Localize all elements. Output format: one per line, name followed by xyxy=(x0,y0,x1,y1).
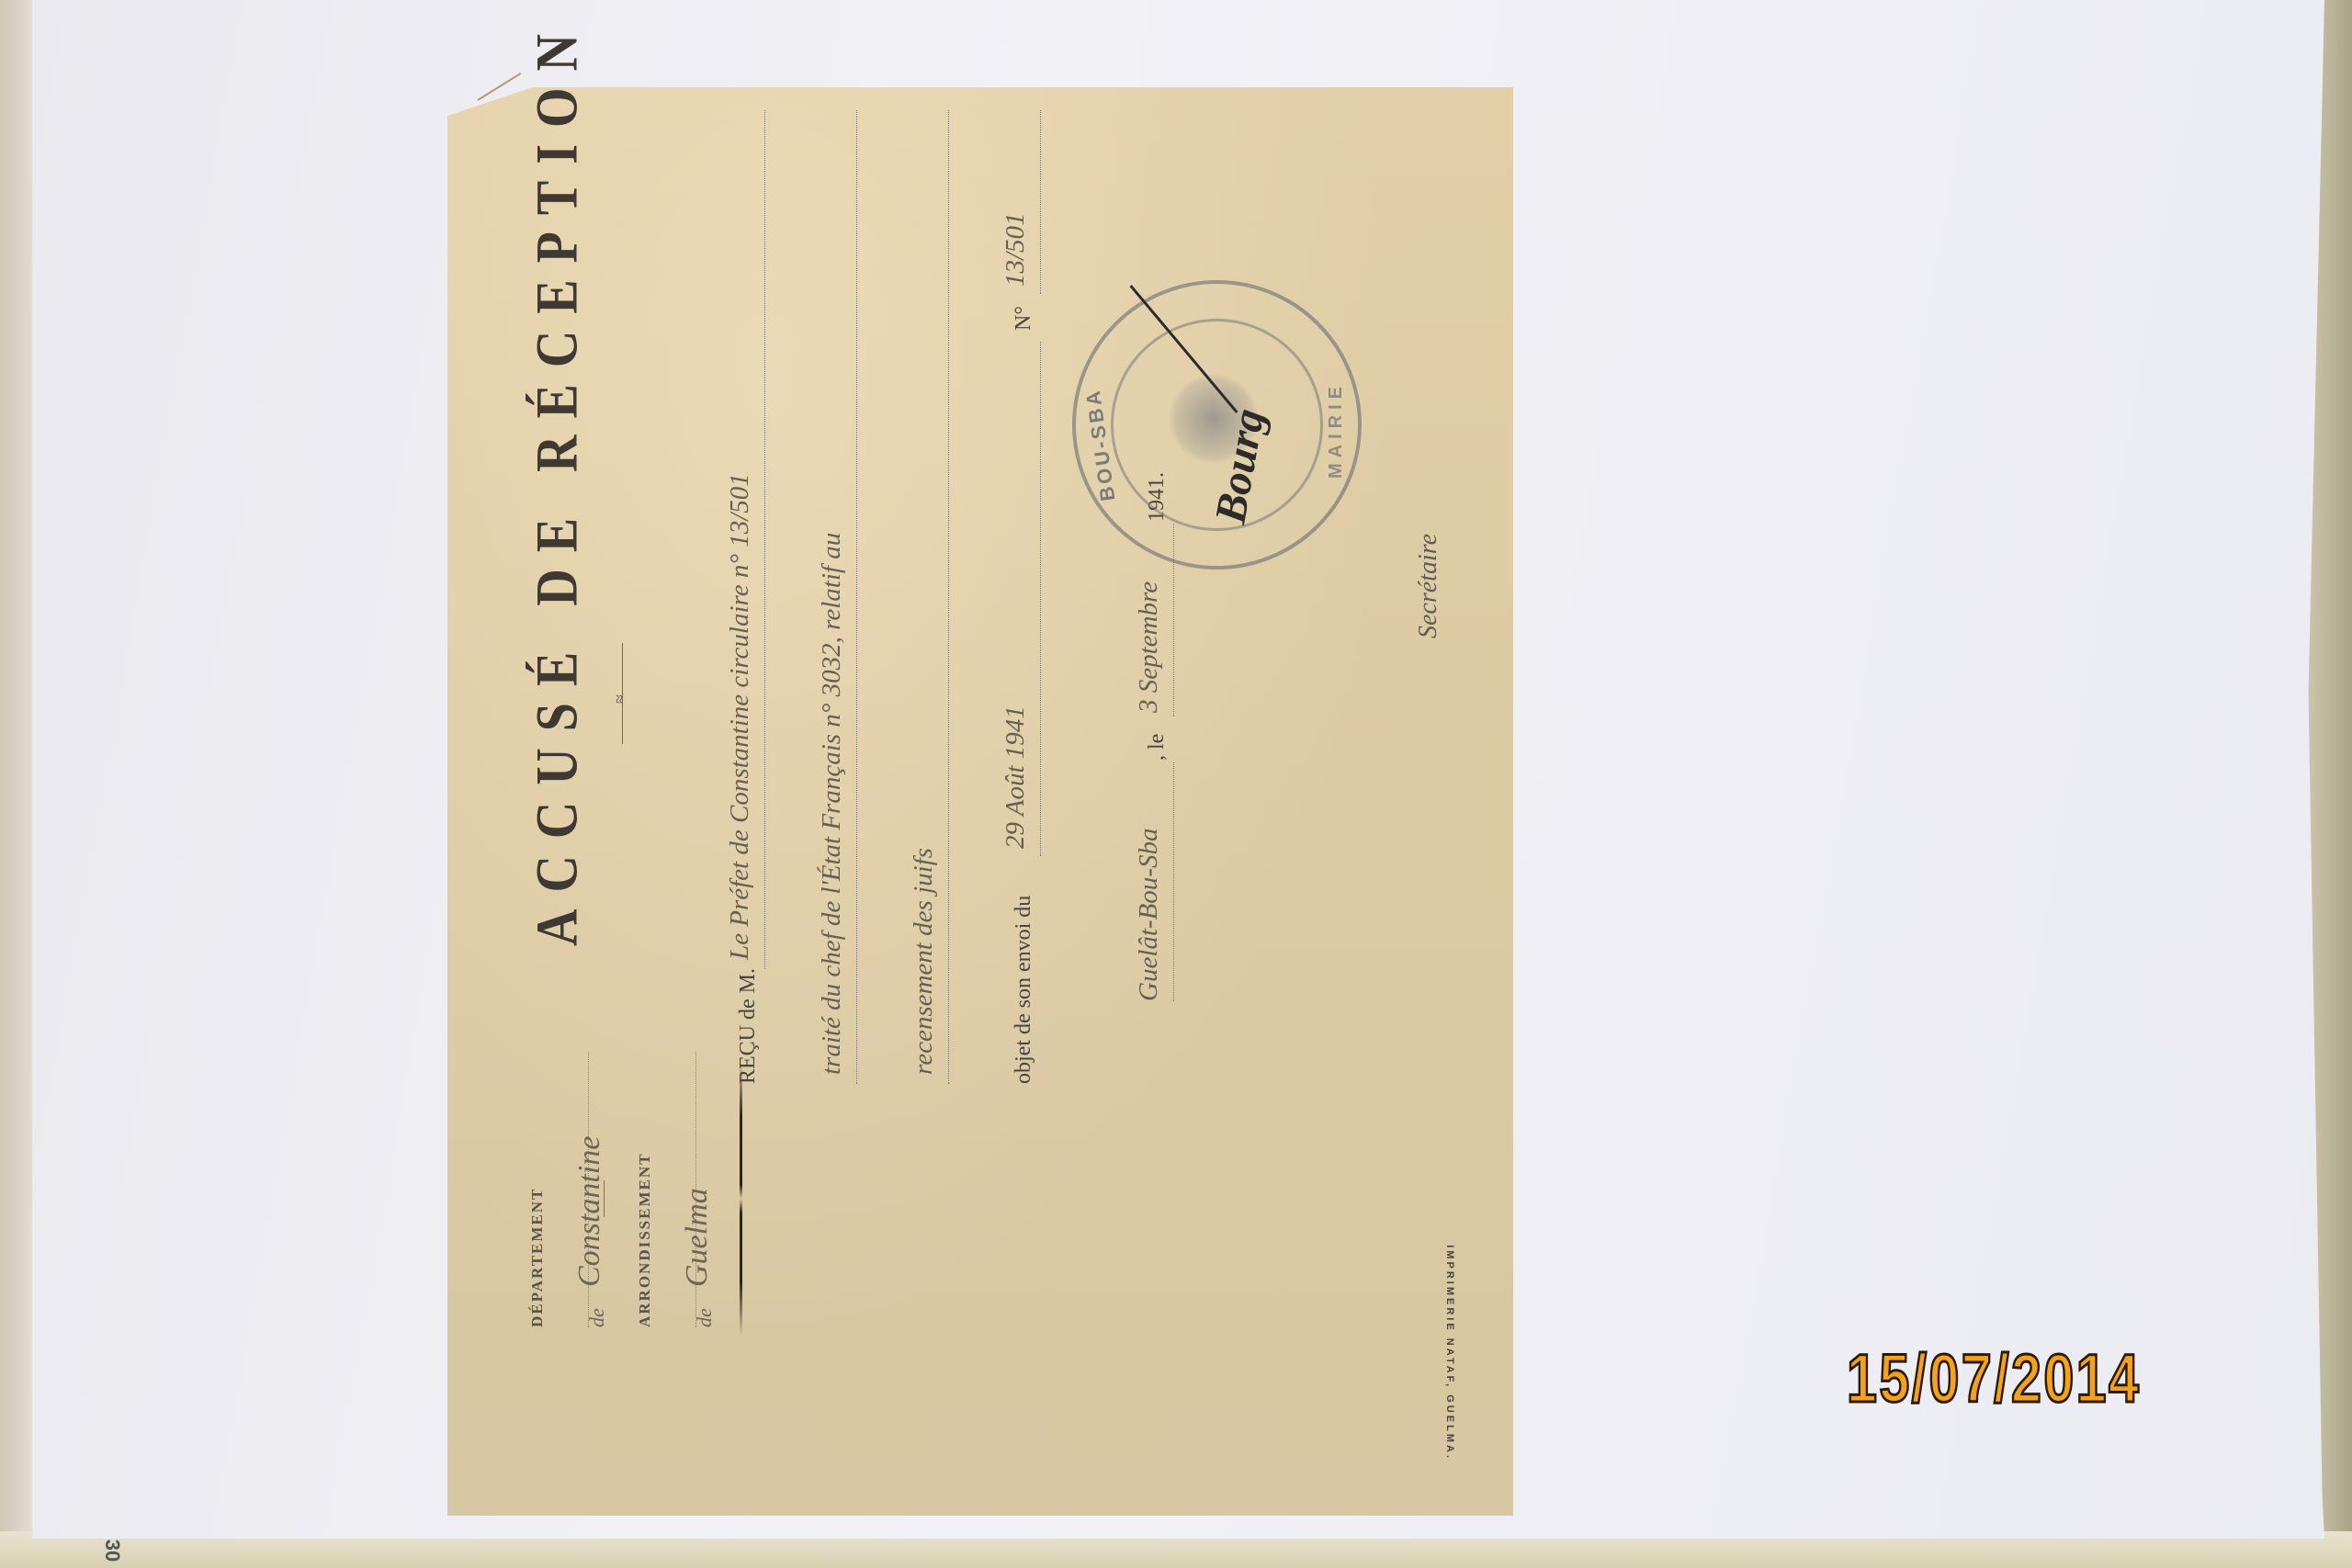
arrondissement-value: Guelma xyxy=(680,1188,715,1287)
signatory-role: Secrétaire xyxy=(1414,534,1443,638)
department-prefix: de xyxy=(585,1308,609,1327)
department-separator xyxy=(604,1180,605,1217)
received-from-row-2: traité du chef de l'État Français n° 303… xyxy=(815,110,870,1084)
received-from-row: REÇU de M. Le Préfet de Constantine circ… xyxy=(723,110,778,1084)
received-from-line1: Le Préfet de Constantine circulaire n° 1… xyxy=(723,110,765,969)
place-line: Guelât-Bou-Sba xyxy=(1132,762,1174,1001)
brace-divider xyxy=(735,1061,746,1337)
printer-imprint: IMPRIMERIE NATAF, GUELMA. xyxy=(1444,1245,1455,1461)
sending-date-line: 29 Août 1941 xyxy=(999,342,1041,856)
background-label: 30 xyxy=(100,1540,124,1562)
form-title: ACCUSÉ DE RÉCEPTION xyxy=(524,17,592,946)
background-table-left xyxy=(0,0,37,1568)
received-from-label: REÇU de M. xyxy=(736,968,761,1084)
title-ornament xyxy=(622,643,623,744)
arrondissement-block: ARRONDISSEMENT de Guelma xyxy=(636,1052,654,1327)
stamp-bottom-text: MAIRIE xyxy=(1326,381,1347,479)
received-from-line2: traité du chef de l'État Français n° 303… xyxy=(815,110,857,1084)
le-label: , le xyxy=(1145,734,1170,761)
mairie-stamp: BOU-SBA MAIRIE xyxy=(1072,280,1362,570)
received-from-row-3: recensement des juifs xyxy=(907,110,962,1084)
department-block: DÉPARTEMENT de Constantine xyxy=(528,1052,547,1327)
sending-number-label: N° xyxy=(1012,306,1036,331)
camera-date-stamp: 15/07/2014 xyxy=(1847,1339,2141,1417)
arrondissement-label: ARRONDISSEMENT xyxy=(636,1052,654,1327)
department-label: DÉPARTEMENT xyxy=(528,1052,547,1327)
arrondissement-fill-line: de Guelma xyxy=(660,1052,696,1327)
sending-label: objet de son envoi du xyxy=(1012,896,1036,1084)
department-fill-line: de Constantine xyxy=(552,1052,589,1327)
arrondissement-prefix: de xyxy=(693,1308,717,1327)
department-value: Constantine xyxy=(572,1136,607,1287)
sending-row: objet de son envoi du 29 Août 1941 N° 13… xyxy=(999,110,1054,1084)
sending-number-line: 13/501 xyxy=(999,110,1041,294)
received-from-line3: recensement des juifs xyxy=(907,110,949,1084)
reception-form: DÉPARTEMENT de Constantine ARRONDISSEMEN… xyxy=(447,87,1513,1516)
